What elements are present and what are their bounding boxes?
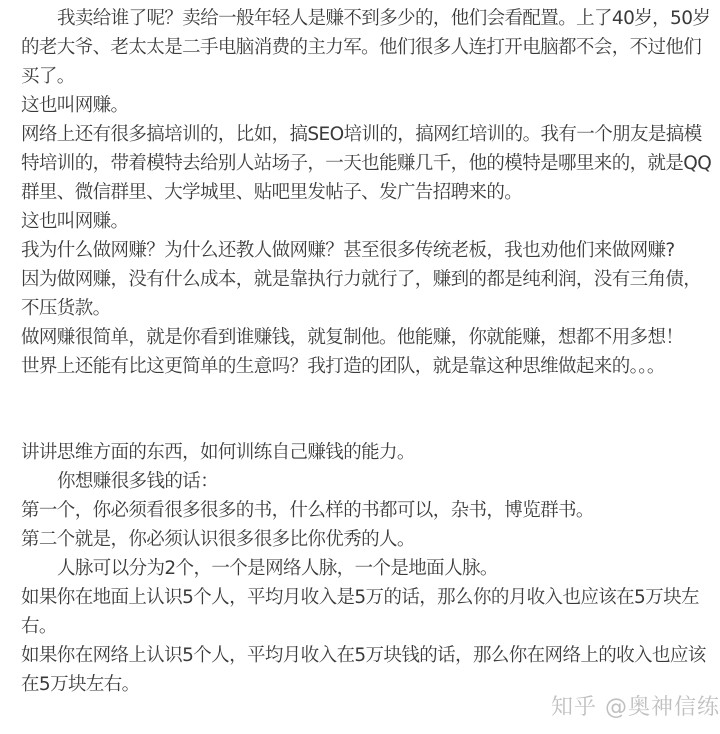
paragraph-simple-business: 世界上还能有比这更简单的生意吗？我打造的团队，就是靠这种思维做起来的。。。 <box>21 352 713 381</box>
paragraph-this-is-online-earning-2: 这也叫网赚。 <box>21 207 713 236</box>
paragraph-copy-others: 做网赚很简单，就是你看到谁赚钱，就复制他。他能赚，你就能赚，想都不用多想！ <box>21 323 713 352</box>
paragraph-point-one-books: 第一个，你必须看很多很多的书，什么样的书都可以，杂书，博览群书。 <box>21 496 713 525</box>
section-gap <box>21 381 713 438</box>
paragraph-point-two-people: 第二个就是，你必须认识很多很多比你优秀的人。 <box>21 525 713 554</box>
paragraph-no-cost-reason: 因为做网赚，没有什么成本，就是靠执行力就行了，赚到的都是纯利润，没有三角债，不压… <box>21 265 713 323</box>
paragraph-network-types: 人脉可以分为2个，一个是网络人脉，一个是地面人脉。 <box>21 554 713 583</box>
zhihu-watermark: 知乎 @奥神信练 <box>551 690 720 721</box>
paragraph-offline-network: 如果你在地面上认识5个人，平均月收入是5万的话，那么你的月收入也应该在5万块左右… <box>21 583 713 641</box>
paragraph-mindset-intro: 讲讲思维方面的东西，如何训练自己赚钱的能力。 <box>21 438 713 467</box>
article-body: 我卖给谁了呢？卖给一般年轻人是赚不到多少的，他们会看配置。上了40岁，50岁的老… <box>21 4 713 699</box>
paragraph-why-online-earning: 我为什么做网赚？为什么还教人做网赚？甚至很多传统老板，我也劝他们来做网赚? <box>21 236 713 265</box>
paragraph-training-business: 网络上还有很多搞培训的，比如，搞SEO培训的，搞网红培训的。我有一个朋友是搞模特… <box>21 120 713 207</box>
paragraph-want-money: 你想赚很多钱的话： <box>21 467 713 496</box>
paragraph-this-is-online-earning-1: 这也叫网赚。 <box>21 91 713 120</box>
paragraph-who-bought: 我卖给谁了呢？卖给一般年轻人是赚不到多少的，他们会看配置。上了40岁，50岁的老… <box>21 4 713 91</box>
